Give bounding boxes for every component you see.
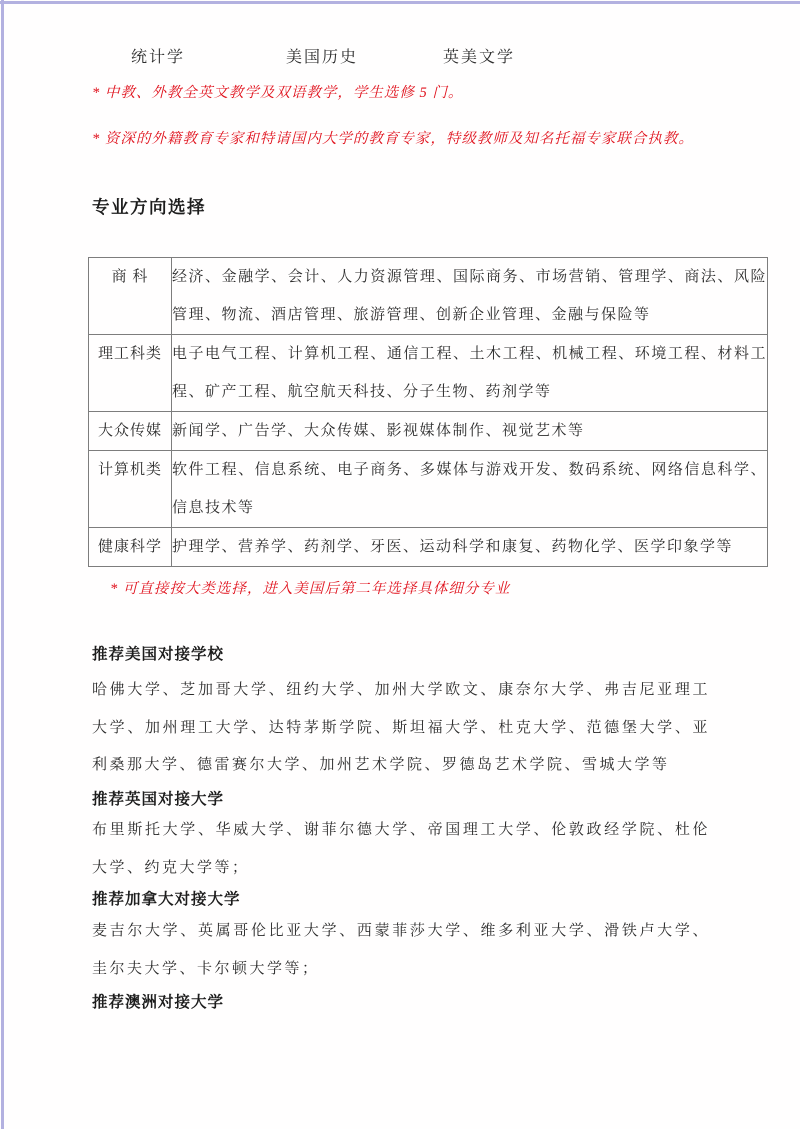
table-row-media: 大众传媒 新闻学、广告学、大众传媒、影视媒体制作、视觉艺术等 [89,412,768,451]
category-cell: 健康科学 [89,528,172,567]
page-border-top [0,1,800,4]
category-cell: 计算机类 [89,451,172,528]
course-name-statistics: 统计学 [131,44,185,67]
category-cell: 理工科类 [89,335,172,412]
category-cell: 商 科 [89,258,172,335]
document-page: 统计学 美国历史 英美文学 * 中教、外教全英文教学及双语教学，学生选修 5 门… [0,0,800,1129]
section-title-major-direction: 专业方向选择 [92,194,206,219]
rec-schools-uk: 布里斯托大学、华威大学、谢菲尔德大学、帝国理工大学、伦敦政经学院、杜伦大学、约克… [92,812,710,887]
course-name-english-literature: 英美文学 [443,44,515,67]
rec-heading-uk: 推荐英国对接大学 [92,787,224,809]
rec-schools-usa: 哈佛大学、芝加哥大学、纽约大学、加州大学欧文、康奈尔大学、弗吉尼亚理工大学、加州… [92,672,710,785]
rec-heading-australia: 推荐澳洲对接大学 [92,990,224,1012]
majors-cell: 经济、金融学、会计、人力资源管理、国际商务、市场营销、管理学、商法、风险管理、物… [172,258,768,335]
table-footnote: * 可直接按大类选择，进入美国后第二年选择具体细分专业 [110,577,510,598]
teaching-note-1: * 中教、外教全英文教学及双语教学，学生选修 5 门。 [92,81,463,102]
majors-cell: 护理学、营养学、药剂学、牙医、运动科学和康复、药物化学、医学印象学等 [172,528,768,567]
table-row-engineering: 理工科类 电子电气工程、计算机工程、通信工程、土木工程、机械工程、环境工程、材料… [89,335,768,412]
course-name-us-history: 美国历史 [286,44,358,67]
category-cell: 大众传媒 [89,412,172,451]
rec-schools-canada: 麦吉尔大学、英属哥伦比亚大学、西蒙菲莎大学、维多利亚大学、滑铁卢大学、圭尔夫大学… [92,913,710,988]
majors-table: 商 科 经济、金融学、会计、人力资源管理、国际商务、市场营销、管理学、商法、风险… [88,257,768,567]
rec-heading-usa: 推荐美国对接学校 [92,642,224,664]
majors-cell: 软件工程、信息系统、电子商务、多媒体与游戏开发、数码系统、网络信息科学、信息技术… [172,451,768,528]
majors-cell: 新闻学、广告学、大众传媒、影视媒体制作、视觉艺术等 [172,412,768,451]
rec-heading-canada: 推荐加拿大对接大学 [92,887,241,909]
page-border-left [1,0,4,1129]
teaching-note-2: * 资深的外籍教育专家和特请国内大学的教育专家，特级教师及知名托福专家联合执教。 [92,127,694,148]
majors-cell: 电子电气工程、计算机工程、通信工程、土木工程、机械工程、环境工程、材料工程、矿产… [172,335,768,412]
table-row-health: 健康科学 护理学、营养学、药剂学、牙医、运动科学和康复、药物化学、医学印象学等 [89,528,768,567]
table-row-computer: 计算机类 软件工程、信息系统、电子商务、多媒体与游戏开发、数码系统、网络信息科学… [89,451,768,528]
table-row-business: 商 科 经济、金融学、会计、人力资源管理、国际商务、市场营销、管理学、商法、风险… [89,258,768,335]
